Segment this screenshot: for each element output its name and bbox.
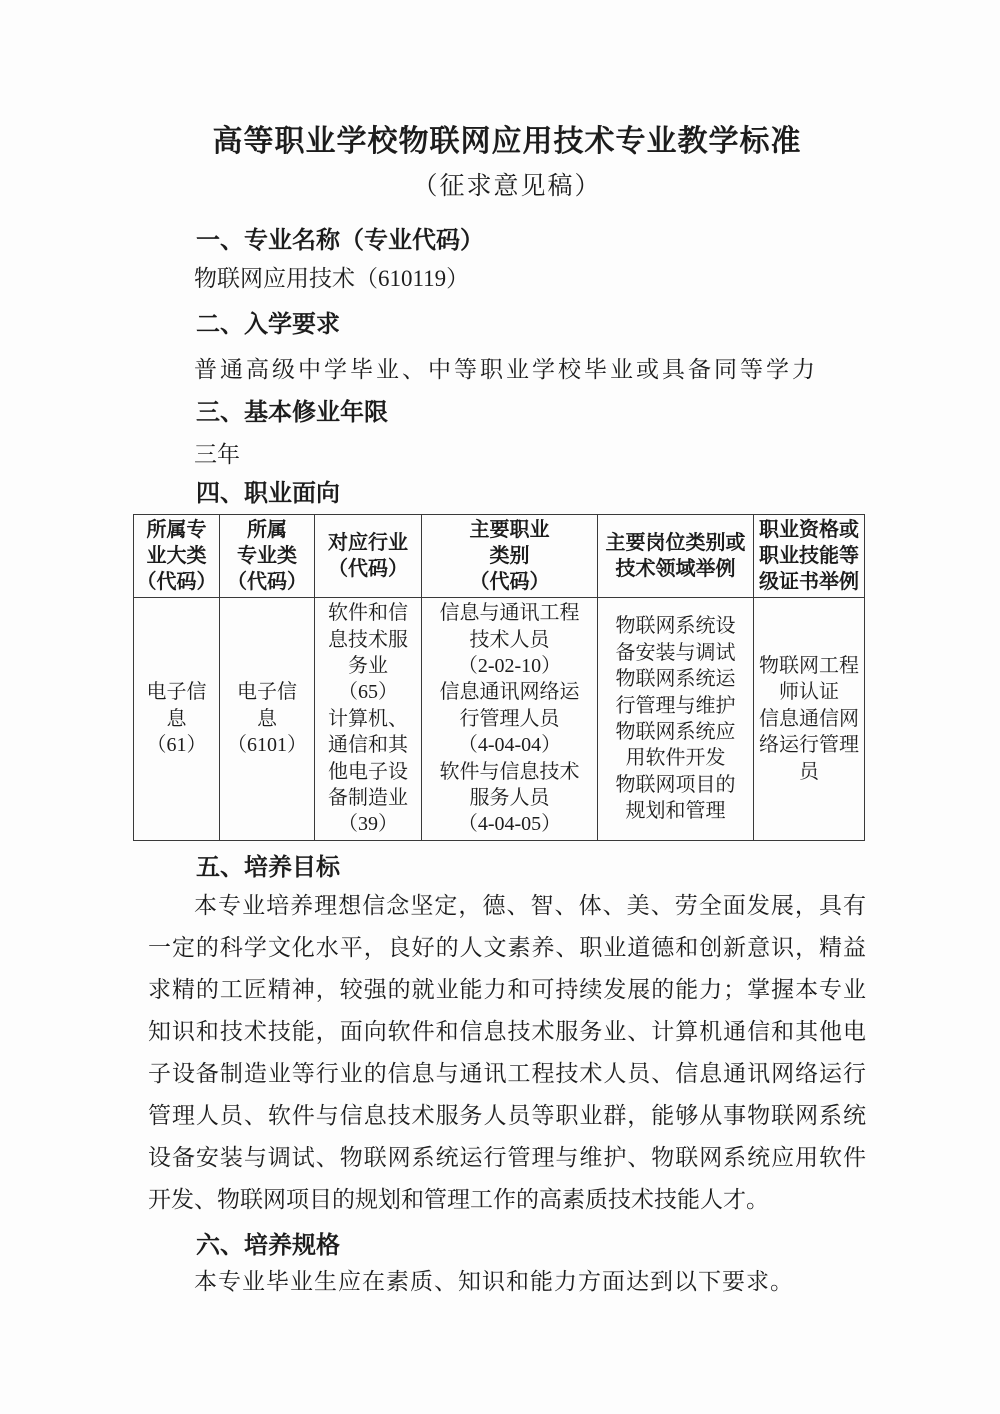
header-occupation-category: 主要职业 类别 （代码） xyxy=(422,515,598,598)
section-2-body: 普通高级中学毕业、中等职业学校毕业或具备同等学力 xyxy=(148,355,866,385)
training-goal-line: 本专业培养理想信念坚定，德、智、体、美、劳全面发展，具有 xyxy=(148,885,866,927)
header-industry: 对应行业 （代码） xyxy=(315,515,422,598)
career-table-body: 电子信 息 （61） 电子信 息 （6101） 软件和信 息技术服 务业 （65… xyxy=(134,598,865,841)
cell-major-category: 电子信 息 （61） xyxy=(134,598,220,841)
career-table-row: 电子信 息 （61） 电子信 息 （6101） 软件和信 息技术服 务业 （65… xyxy=(134,598,865,841)
document-page: 高等职业学校物联网应用技术专业教学标准 （征求意见稿） 一、专业名称（专业代码）… xyxy=(0,0,1000,1414)
document-title: 高等职业学校物联网应用技术专业教学标准 xyxy=(148,124,866,160)
training-goal-line: 一定的科学文化水平，良好的人文素养、职业道德和创新意识，精益 xyxy=(148,927,866,969)
career-orientation-table: 所属专 业大类 （代码） 所属 专业类 （代码） 对应行业 （代码） 主要职业 … xyxy=(133,514,865,841)
cell-occupation-category: 信息与通讯工程 技术人员 （2-02-10） 信息通讯网络运 行管理人员 （4-… xyxy=(422,598,598,841)
career-table-header: 所属专 业大类 （代码） 所属 专业类 （代码） 对应行业 （代码） 主要职业 … xyxy=(134,515,865,598)
section-6-body: 本专业毕业生应在素质、知识和能力方面达到以下要求。 xyxy=(148,1267,866,1297)
cell-certificate-examples: 物联网工程 师认证 信息通信网 络运行管理 员 xyxy=(754,598,865,841)
training-goal-line: 知识和技术技能，面向软件和信息技术服务业、计算机通信和其他电 xyxy=(148,1011,866,1053)
cell-major-class: 电子信 息 （6101） xyxy=(220,598,315,841)
training-goal-line: 开发、物联网项目的规划和管理工作的高素质技术技能人才。 xyxy=(148,1179,866,1221)
training-goal-line: 管理人员、软件与信息技术服务人员等职业群，能够从事物联网系统 xyxy=(148,1095,866,1137)
header-certificate-examples: 职业资格或 职业技能等 级证书举例 xyxy=(754,515,865,598)
career-table-header-row: 所属专 业大类 （代码） 所属 专业类 （代码） 对应行业 （代码） 主要职业 … xyxy=(134,515,865,598)
cell-industry: 软件和信 息技术服 务业 （65） 计算机、 通信和其 他电子设 备制造业 （3… xyxy=(315,598,422,841)
document-content: 高等职业学校物联网应用技术专业教学标准 （征求意见稿） 一、专业名称（专业代码）… xyxy=(0,124,1000,1297)
section-4-heading: 四、职业面向 xyxy=(148,480,866,508)
header-major-category: 所属专 业大类 （代码） xyxy=(134,515,220,598)
training-goal-line: 子设备制造业等行业的信息与通讯工程技术人员、信息通讯网络运行 xyxy=(148,1053,866,1095)
section-1-heading: 一、专业名称（专业代码） xyxy=(148,226,866,256)
section-3-body: 三年 xyxy=(148,440,866,470)
section-2-heading: 二、入学要求 xyxy=(148,310,866,340)
training-goal-line: 设备安装与调试、物联网系统运行管理与维护、物联网系统应用软件 xyxy=(148,1137,866,1179)
header-major-class: 所属 专业类 （代码） xyxy=(220,515,315,598)
training-goal-line: 求精的工匠精神，较强的就业能力和可持续发展的能力；掌握本专业 xyxy=(148,969,866,1011)
document-subtitle: （征求意见稿） xyxy=(148,172,866,202)
section-6-heading: 六、培养规格 xyxy=(148,1231,866,1261)
cell-post-examples: 物联网系统设 备安装与调试 物联网系统运 行管理与维护 物联网系统应 用软件开发… xyxy=(598,598,754,841)
section-1-body: 物联网应用技术（610119） xyxy=(148,264,866,294)
header-post-examples: 主要岗位类别或 技术领域举例 xyxy=(598,515,754,598)
section-5-heading: 五、培养目标 xyxy=(148,853,866,883)
training-goal-paragraph: 本专业培养理想信念坚定，德、智、体、美、劳全面发展，具有 一定的科学文化水平，良… xyxy=(148,885,866,1221)
section-3-heading: 三、基本修业年限 xyxy=(148,398,866,428)
